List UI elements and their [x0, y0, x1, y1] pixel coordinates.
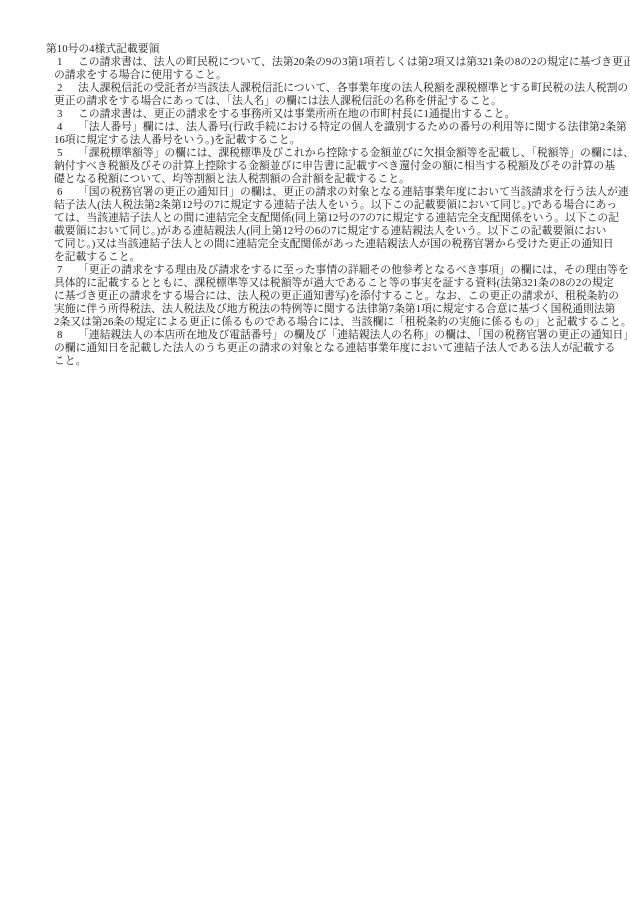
line-text: 「国の税務官署の更正の通知日」の欄は、更正の請求の対象となる連結事業年度において… [78, 186, 629, 198]
item-number: 2 [54, 82, 78, 95]
guideline-item-8-line-2: の欄に通知日を記載した法人のうち更正の請求の対象となる連結事業年度において連結子… [54, 342, 630, 355]
line-text: 納付すべき税額及びその計算上控除する金額並びに申告書に記載すべき還付金の額に相当… [54, 160, 615, 172]
item-number: 5 [54, 147, 78, 160]
guideline-item-7-line-3: に基づき更正の請求をする場合には、法人税の更正通知書写)を添付すること。なお、こ… [54, 290, 630, 303]
guideline-item-2-line-1: 2法人課税信託の受託者が当該法人課税信託について、各事業年度の法人税額を課税標準… [54, 82, 630, 95]
item-number: 3 [54, 108, 78, 121]
guideline-item-4-line-1: 4「法人番号」欄には、法人番号(行政手続における特定の個人を識別するための番号の… [54, 121, 630, 134]
guideline-item-6-line-2: 結子法人(法人税法第2条第12号の7に規定する連結子法人をいう。以下この記載要領… [54, 199, 630, 212]
item-number: 1 [54, 56, 78, 69]
line-text: 「更正の請求をする理由及び請求をするに至った事情の詳細その他参考となるべき事項」… [78, 264, 629, 276]
guideline-item-4-line-2: 16項に規定する法人番号をいう。)を記載すること。 [54, 134, 630, 147]
guidelines-text-block: 第10号の4様式記載要領 1この請求書は、法人の町民税について、法第20条の9の… [0, 43, 630, 368]
guideline-item-8-line-1: 8「連結親法人の本店所在地及び電話番号」の欄及び「連結親法人の名称」の欄は、「国… [54, 329, 630, 342]
guideline-item-2-line-2: 更正の請求をする場合にあっては、「法人名」の欄には法人課税信託の名称を併記するこ… [54, 95, 630, 108]
line-text: 法人課税信託の受託者が当該法人課税信託について、各事業年度の法人税額を課税標準と… [78, 82, 628, 94]
line-text: こと。 [54, 355, 86, 367]
guideline-item-6-line-1: 6「国の税務官署の更正の通知日」の欄は、更正の請求の対象となる連結事業年度におい… [54, 186, 630, 199]
guideline-item-7-line-4: 実施に伴う所得税法、法人税法及び地方税法の特例等に関する法律第7条第1項に規定す… [54, 303, 630, 316]
item-number: 8 [54, 329, 78, 342]
line-text: 2条又は第26条の規定による更正に係るものである場合には、当該欄に「租税条約の実… [54, 316, 630, 328]
guideline-item-6-line-6: を記載すること。 [54, 251, 630, 264]
guideline-item-6-line-5: て同じ。)又は当該連結子法人との間に連結完全支配関係があった連結親法人が国の税務… [54, 238, 630, 251]
guideline-item-1-line-1: 1この請求書は、法人の町民税について、法第20条の9の3第1項若しくは第2項又は… [54, 56, 630, 69]
item-number: 4 [54, 121, 78, 134]
guideline-item-5-line-2: 納付すべき税額及びその計算上控除する金額並びに申告書に記載すべき還付金の額に相当… [54, 160, 630, 173]
line-text: の欄に通知日を記載した法人のうち更正の請求の対象となる連結事業年度において連結子… [54, 342, 615, 354]
line-text: 「法人番号」欄には、法人番号(行政手続における特定の個人を識別するための番号の利… [78, 121, 627, 133]
line-text: この請求書は、法人の町民税について、法第20条の9の3第1項若しくは第2項又は第… [78, 56, 630, 68]
line-text: 16項に規定する法人番号をいう。)を記載すること。 [54, 134, 301, 146]
line-text: に基づき更正の請求をする場合には、法人税の更正通知書写)を添付すること。なお、こ… [54, 290, 619, 302]
line-text: ては、当該連結子法人との間に連結完全支配関係(同上第12号の7の7に規定する連結… [54, 212, 619, 224]
line-text: 結子法人(法人税法第2条第12号の7に規定する連結子法人をいう。以下この記載要領… [54, 199, 617, 211]
guideline-item-8-line-3: こと。 [54, 355, 630, 368]
line-text: 具体的に記載するとともに、課税標準等又は税額等が過大であること等の事実を証する資… [54, 277, 614, 289]
line-text: を記載すること。 [54, 251, 140, 263]
guideline-item-5-line-3: 礎となる税額について、均等割額と法人税割額の合計額を記載すること。 [54, 173, 630, 186]
guideline-item-7-line-1: 7「更正の請求をする理由及び請求をするに至った事情の詳細その他参考となるべき事項… [54, 264, 630, 277]
guideline-item-7-line-5: 2条又は第26条の規定による更正に係るものである場合には、当該欄に「租税条約の実… [54, 316, 630, 329]
item-number: 6 [54, 186, 78, 199]
guideline-item-5-line-1: 5「課税標準額等」の欄には、課税標準及びこれから控除する金額並びに欠損金額等を記… [54, 147, 630, 160]
line-text: 「課税標準額等」の欄には、課税標準及びこれから控除する金額並びに欠損金額等を記載… [78, 147, 630, 159]
line-text: 礎となる税額について、均等割額と法人税割額の合計額を記載すること。 [54, 173, 410, 185]
guideline-item-1-line-2: の請求をする場合に使用すること。 [54, 69, 630, 82]
line-text: 載要領において同じ。)がある連結親法人(同上第12号の6の7に規定する連結親法人… [54, 225, 606, 237]
guideline-item-6-line-3: ては、当該連結子法人との間に連結完全支配関係(同上第12号の7の7に規定する連結… [54, 212, 630, 225]
line-text: 更正の請求をする場合にあっては、「法人名」の欄には法人課税信託の名称を併記するこ… [54, 95, 502, 107]
page-title: 第10号の4様式記載要領 [46, 43, 630, 56]
guideline-item-3-line-1: 3この請求書は、更正の請求をする事務所又は事業所所在地の市町村長に1通提出するこ… [54, 108, 630, 121]
item-number: 7 [54, 264, 78, 277]
guideline-item-7-line-2: 具体的に記載するとともに、課税標準等又は税額等が過大であること等の事実を証する資… [54, 277, 630, 290]
document-page: 第10号の4様式記載要領 1この請求書は、法人の町民税について、法第20条の9の… [0, 0, 630, 903]
line-text: この請求書は、更正の請求をする事務所又は事業所所在地の市町村長に1通提出すること… [78, 108, 515, 120]
line-text: 実施に伴う所得税法、法人税法及び地方税法の特例等に関する法律第7条第1項に規定す… [54, 303, 615, 315]
line-text: 「連結親法人の本店所在地及び電話番号」の欄及び「連結親法人の名称」の欄は、「国の… [78, 329, 630, 341]
guideline-item-6-line-4: 載要領において同じ。)がある連結親法人(同上第12号の6の7に規定する連結親法人… [54, 225, 630, 238]
guideline-items: 1この請求書は、法人の町民税について、法第20条の9の3第1項若しくは第2項又は… [0, 56, 630, 368]
line-text: て同じ。)又は当該連結子法人との間に連結完全支配関係があった連結親法人が国の税務… [54, 238, 614, 250]
line-text: の請求をする場合に使用すること。 [54, 69, 227, 81]
